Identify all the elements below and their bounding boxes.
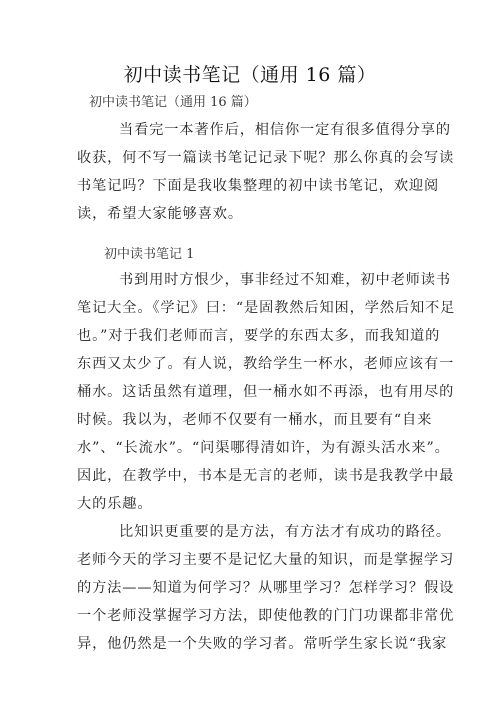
document-subtitle: 初中读书笔记（通用 16 篇） [89,94,257,112]
text-line: 收获，何不写一篇读书笔记记录下呢？那么你真的会写读 [77,148,407,168]
text-line: 老师今天的学习主要不是记忆大量的知识，而是掌握学习 [77,550,407,570]
text-line: 也。”对于我们老师而言，要学的东西太多，而我知道的 [77,326,407,346]
text-line: 时候。我以为，老师不仅要有一桶水，而且要有“自来 [77,410,407,430]
text-line: 当看完一本著作后，相信你一定有很多值得分享的 [119,120,449,140]
text-line: 因此，在教学中，书本是无言的老师，读书是我教学中最 [77,466,407,486]
text-line: 笔记大全。《学记》曰：“是固教然后知困，学然后知不足 [77,298,407,318]
text-line: 水”、“长流水”。“问渠哪得清如许，为有源头活水来”。 [77,438,407,458]
text-line: 书笔记吗？下面是我收集整理的初中读书笔记，欢迎阅 [77,176,407,196]
text-line: 桶水。这话虽然有道理，但一桶水如不再添，也有用尽的 [77,382,407,402]
text-line: 的方法——知道为何学习？从哪里学习？怎样学习？假设 [77,578,407,598]
text-line: 东西又太少了。有人说，教给学生一杯水，老师应该有一 [77,354,407,374]
text-line: 读，希望大家能够喜欢。 [77,204,407,224]
text-line: 异，他仍然是一个失败的学习者。常听学生家长说“我家 [77,634,407,654]
text-line: 一个老师没掌握学习方法，即使他教的门门功课都非常优 [77,606,407,626]
text-line: 书到用时方恨少，事非经过不知难，初中老师读书 [119,270,449,290]
section-heading: 初中读书笔记 1 [104,246,194,264]
document-title: 初中读书笔记（通用 16 篇） [0,62,500,88]
text-line: 大的乐趣。 [77,494,407,514]
text-line: 比知识更重要的是方法，有方法才有成功的路径。 [119,522,449,542]
